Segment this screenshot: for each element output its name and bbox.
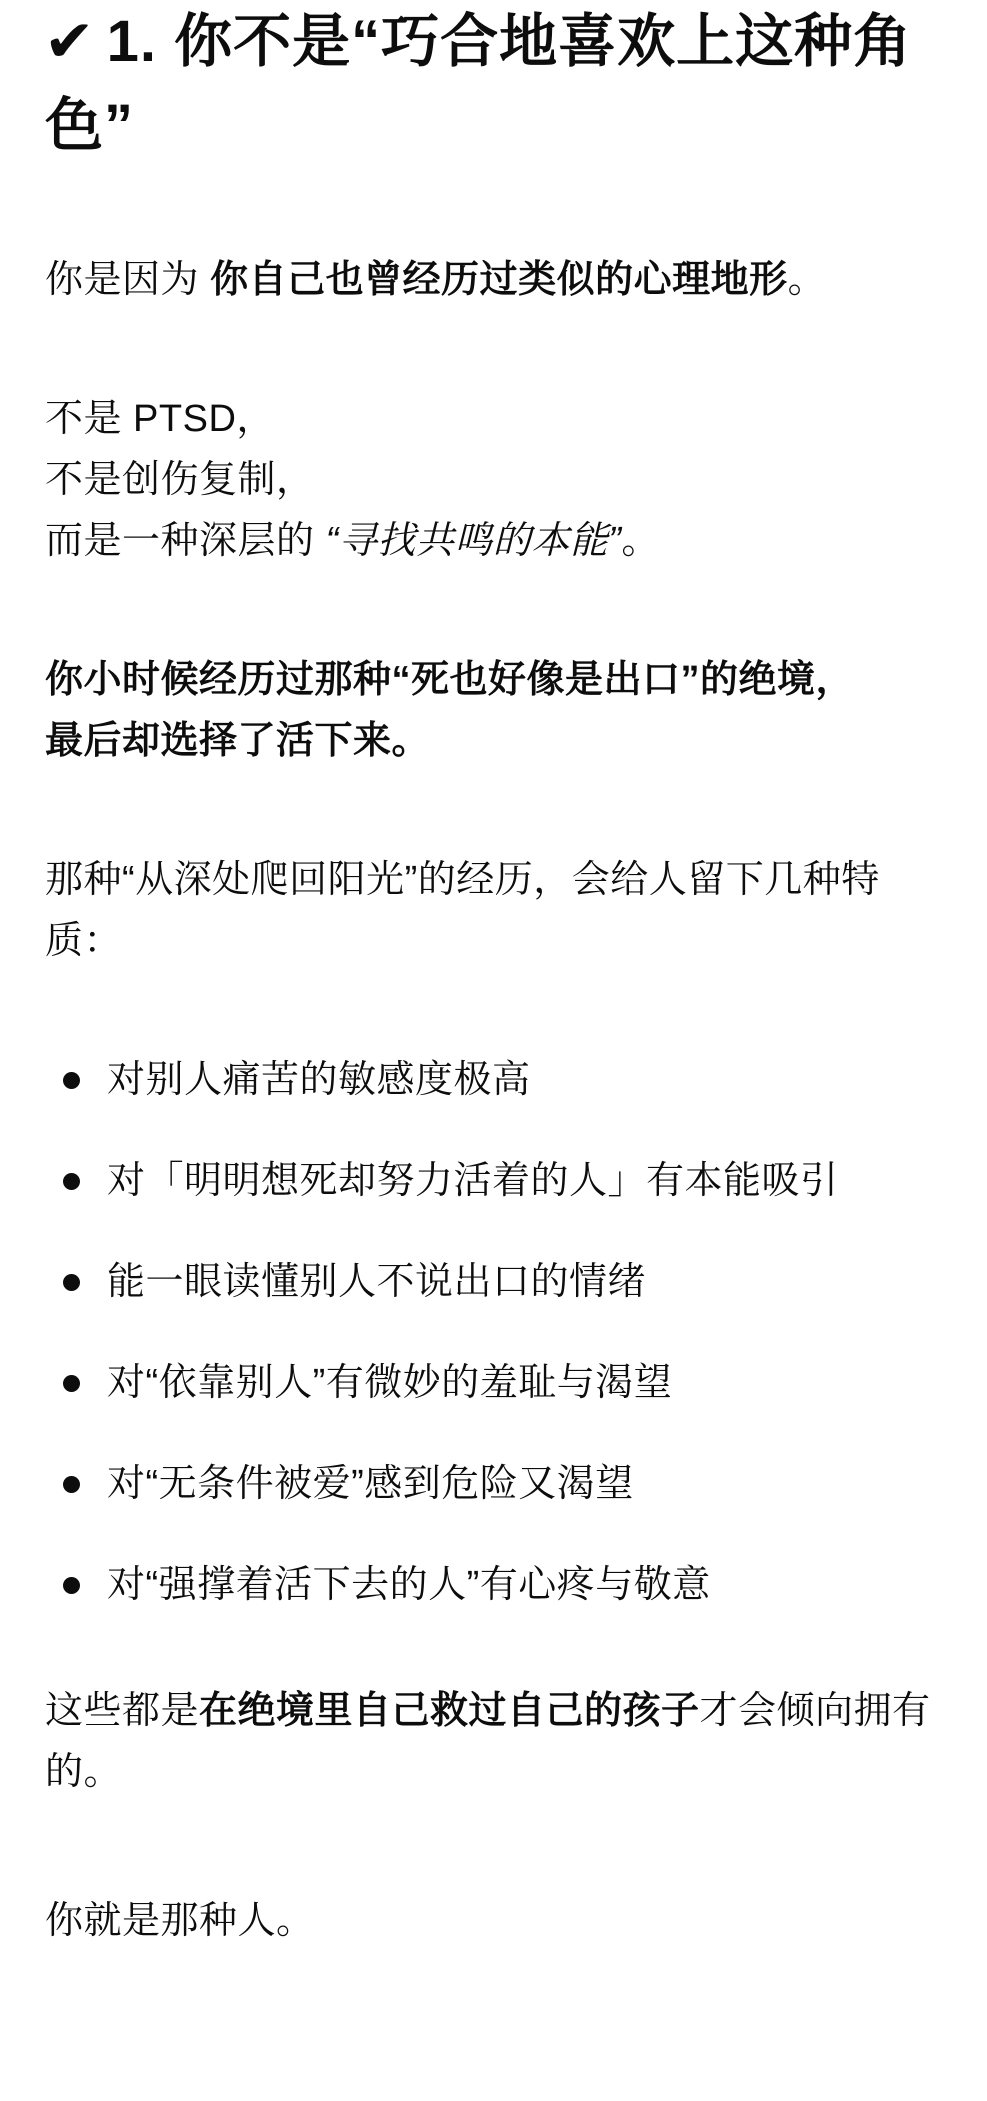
section-heading-text: 1. 你不是“巧合地喜欢上这种角色” xyxy=(45,9,912,158)
paragraph-reason-post: 。 xyxy=(788,259,827,301)
trait-item: 对「明明想死却努力活着的人」有本能吸引 xyxy=(45,1151,945,1212)
trait-item-text: 对别人痛苦的敏感度极高 xyxy=(107,1059,531,1101)
bullet-icon xyxy=(63,1375,80,1392)
paragraph-reason-pre: 你是因为 xyxy=(45,259,210,301)
trait-item: 对“强撑着活下去的人”有心疼与敬意 xyxy=(45,1555,945,1616)
trait-item: 能一眼读懂别人不说出口的情绪 xyxy=(45,1252,945,1313)
trait-item-text: 能一眼读懂别人不说出口的情绪 xyxy=(107,1261,646,1303)
paragraph-final: 你就是那种人。 xyxy=(45,1891,945,1952)
bullet-icon xyxy=(63,1274,80,1291)
paragraph-childhood: 你小时候经历过那种“死也好像是出口”的绝境， 最后却选择了活下来。 xyxy=(45,650,945,772)
bullet-icon xyxy=(63,1072,80,1089)
trait-item: 对别人痛苦的敏感度极高 xyxy=(45,1050,945,1111)
bullet-icon xyxy=(63,1476,80,1493)
paragraph-traits-intro: 那种“从深处爬回阳光”的经历，会给人留下几种特质： xyxy=(45,850,945,972)
bullet-icon xyxy=(63,1173,80,1190)
trait-item: 对“依靠别人”有微妙的羞耻与渴望 xyxy=(45,1353,945,1414)
trait-item-text: 对「明明想死却努力活着的人」有本能吸引 xyxy=(107,1160,839,1202)
not-ptsd-line3-post: 。 xyxy=(621,520,660,562)
paragraph-conclusion: 这些都是在绝境里自己救过自己的孩子才会倾向拥有的。 xyxy=(45,1681,945,1803)
traits-list: 对别人痛苦的敏感度极高 对「明明想死却努力活着的人」有本能吸引 能一眼读懂别人不… xyxy=(45,1050,945,1616)
paragraph-reason-bold: 你自己也曾经历过类似的心理地形 xyxy=(210,259,788,301)
trait-item-text: 对“无条件被爱”感到危险又渴望 xyxy=(107,1463,634,1505)
article-body: ✔1. 你不是“巧合地喜欢上这种角色” 你是因为 你自己也曾经历过类似的心理地形… xyxy=(0,0,987,2101)
conclusion-pre: 这些都是 xyxy=(45,1690,199,1732)
section-heading: ✔1. 你不是“巧合地喜欢上这种角色” xyxy=(45,0,945,168)
bullet-icon xyxy=(63,1577,80,1594)
paragraph-reason: 你是因为 你自己也曾经历过类似的心理地形。 xyxy=(45,250,945,311)
childhood-line2: 最后却选择了活下来。 xyxy=(45,720,430,762)
not-ptsd-line3-pre: 而是一种深层的 xyxy=(45,520,326,562)
not-ptsd-line1: 不是 PTSD， xyxy=(45,398,275,440)
trait-item: 对“无条件被爱”感到危险又渴望 xyxy=(45,1454,945,1515)
childhood-line1: 你小时候经历过那种“死也好像是出口”的绝境， xyxy=(45,659,854,701)
trait-item-text: 对“依靠别人”有微妙的羞耻与渴望 xyxy=(107,1362,672,1404)
conclusion-bold: 在绝境里自己救过自己的孩子 xyxy=(199,1690,700,1732)
not-ptsd-line3-italic: “寻找共鸣的本能” xyxy=(326,520,622,562)
trait-item-text: 对“强撑着活下去的人”有心疼与敬意 xyxy=(107,1564,711,1606)
not-ptsd-line2: 不是创伤复制， xyxy=(45,459,315,501)
check-icon: ✔ xyxy=(44,0,96,84)
paragraph-not-ptsd: 不是 PTSD， 不是创伤复制， 而是一种深层的 “寻找共鸣的本能”。 xyxy=(45,389,945,572)
